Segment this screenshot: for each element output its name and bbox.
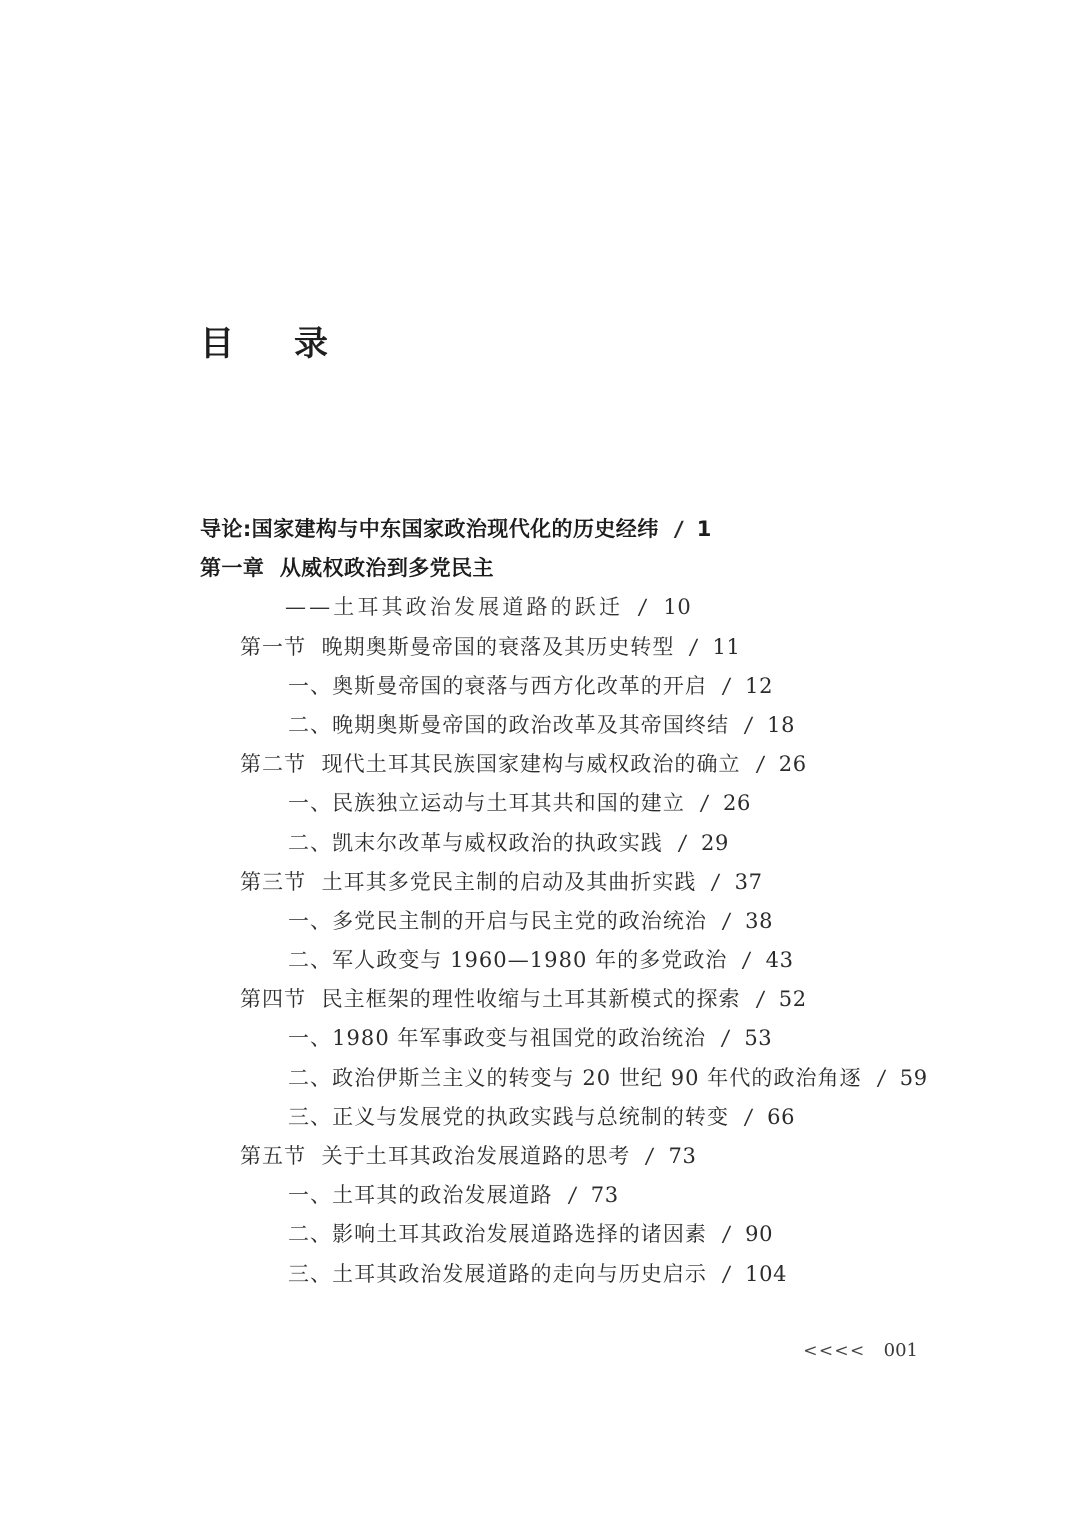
toc-entry-text: 一、民族独立运动与土耳其共和国的建立 — [288, 792, 685, 814]
toc-entry-text: 一、1980 年军事政变与祖国党的政治统治 — [288, 1027, 706, 1049]
toc-separator: / — [721, 1027, 732, 1049]
toc-page-number: 73 — [591, 1184, 619, 1206]
toc-page-number: 90 — [745, 1223, 773, 1245]
toc-separator: / — [721, 1263, 732, 1285]
document-page: 目录 导论:国家建构与中东国家政治现代化的历史经纬 / 1 第一章 从威权政治到… — [0, 0, 1080, 1526]
toc-entry: 一、1980 年军事政变与祖国党的政治统治 / 53 — [288, 1027, 990, 1049]
toc-entry-text: 第二节 现代土耳其民族国家建构与威权政治的确立 — [240, 753, 741, 775]
toc-separator: / — [638, 596, 651, 618]
toc-entry: 二、政治伊斯兰主义的转变与 20 世纪 90 年代的政治角逐 / 59 — [288, 1067, 990, 1089]
footer-page-number: 001 — [884, 1340, 918, 1361]
toc-separator: / — [721, 1223, 732, 1245]
toc-separator: / — [721, 675, 732, 697]
toc-separator: / — [699, 792, 710, 814]
toc-entry-text: 二、晚期奥斯曼帝国的政治改革及其帝国终结 — [288, 714, 729, 736]
toc-entry: 二、晚期奥斯曼帝国的政治改革及其帝国终结 / 18 — [288, 714, 990, 736]
toc-page-number: 66 — [767, 1106, 795, 1128]
toc-entry-text: 第五节 关于土耳其政治发展道路的思考 — [240, 1145, 630, 1167]
toc-page-number: 104 — [745, 1263, 787, 1285]
toc-separator: / — [755, 988, 766, 1010]
toc-entry: 第一章 从威权政治到多党民主 — [200, 557, 990, 579]
toc-separator: / — [677, 832, 688, 854]
toc-entry: 第一节 晚期奥斯曼帝国的衰落及其历史转型 / 11 — [240, 636, 990, 658]
toc-separator: / — [645, 1145, 656, 1167]
toc-entry-text: ——土耳其政治发展道路的跃迁 — [285, 596, 623, 618]
toc-entry: 一、奥斯曼帝国的衰落与西方化改革的开启 / 12 — [288, 675, 990, 697]
toc-entry-text: 第一节 晚期奥斯曼帝国的衰落及其历史转型 — [240, 636, 674, 658]
toc-entry: 第五节 关于土耳其政治发展道路的思考 / 73 — [240, 1145, 990, 1167]
toc-entry: 二、凯末尔改革与威权政治的执政实践 / 29 — [288, 832, 990, 854]
toc-separator: / — [743, 1106, 754, 1128]
toc-entry: ——土耳其政治发展道路的跃迁 / 10 — [285, 596, 990, 618]
toc-page-number: 26 — [779, 753, 807, 775]
footer-marks: <<<< — [803, 1341, 865, 1361]
toc-entry: 第三节 土耳其多党民主制的启动及其曲折实践 / 37 — [240, 871, 990, 893]
toc-page-number: 38 — [745, 910, 773, 932]
toc-separator: / — [711, 871, 722, 893]
toc-entry: 导论:国家建构与中东国家政治现代化的历史经纬 / 1 — [200, 518, 990, 540]
toc-page-number: 73 — [668, 1145, 696, 1167]
toc-entry: 第二节 现代土耳其民族国家建构与威权政治的确立 / 26 — [240, 753, 990, 775]
toc-page-number: 11 — [713, 636, 741, 658]
toc-page-number: 10 — [663, 596, 691, 618]
toc-page-number: 52 — [779, 988, 807, 1010]
toc-separator: / — [743, 714, 754, 736]
page-title: 目录 — [200, 316, 328, 365]
toc-entry: 二、影响土耳其政治发展道路选择的诸因素 / 90 — [288, 1223, 990, 1245]
toc-entry-text: 导论:国家建构与中东国家政治现代化的历史经纬 — [200, 518, 659, 540]
toc-entry: 第四节 民主框架的理性收缩与土耳其新模式的探索 / 52 — [240, 988, 990, 1010]
toc-page-number: 37 — [735, 871, 763, 893]
toc-entry-text: 二、凯末尔改革与威权政治的执政实践 — [288, 832, 663, 854]
toc-entry-text: 三、土耳其政治发展道路的走向与历史启示 — [288, 1263, 707, 1285]
toc-list: 导论:国家建构与中东国家政治现代化的历史经纬 / 1 第一章 从威权政治到多党民… — [200, 518, 990, 1302]
toc-entry-text: 第四节 民主框架的理性收缩与土耳其新模式的探索 — [240, 988, 741, 1010]
toc-page-number: 29 — [701, 832, 729, 854]
toc-page-number: 18 — [767, 714, 795, 736]
page-title-char: 目 — [200, 324, 234, 364]
toc-entry-text: 二、政治伊斯兰主义的转变与 20 世纪 90 年代的政治角逐 — [288, 1067, 862, 1089]
toc-entry: 一、多党民主制的开启与民主党的政治统治 / 38 — [288, 910, 990, 932]
toc-page-number: 12 — [745, 675, 773, 697]
toc-entry-text: 第一章 从威权政治到多党民主 — [200, 557, 494, 579]
toc-entry-text: 一、奥斯曼帝国的衰落与西方化改革的开启 — [288, 675, 707, 697]
toc-separator: / — [689, 636, 700, 658]
toc-entry-text: 二、军人政变与 1960—1980 年的多党政治 — [288, 949, 727, 971]
toc-separator: / — [673, 518, 684, 540]
toc-page-number: 43 — [766, 949, 794, 971]
toc-entry-text: 第三节 土耳其多党民主制的启动及其曲折实践 — [240, 871, 696, 893]
footer: <<<< 001 — [803, 1340, 918, 1361]
toc-entry-text: 一、多党民主制的开启与民主党的政治统治 — [288, 910, 707, 932]
toc-page-number: 59 — [900, 1067, 928, 1089]
page-title-char: 录 — [294, 324, 328, 364]
toc-separator: / — [755, 753, 766, 775]
toc-entry-text: 二、影响土耳其政治发展道路选择的诸因素 — [288, 1223, 707, 1245]
toc-entry-text: 一、土耳其的政治发展道路 — [288, 1184, 553, 1206]
toc-entry: 二、军人政变与 1960—1980 年的多党政治 / 43 — [288, 949, 990, 971]
toc-entry-text: 三、正义与发展党的执政实践与总统制的转变 — [288, 1106, 729, 1128]
toc-page-number: 53 — [744, 1027, 772, 1049]
toc-page-number: 26 — [723, 792, 751, 814]
toc-separator: / — [721, 910, 732, 932]
toc-entry: 一、土耳其的政治发展道路 / 73 — [288, 1184, 990, 1206]
toc-page-number: 1 — [697, 518, 712, 540]
toc-separator: / — [876, 1067, 887, 1089]
toc-entry: 三、土耳其政治发展道路的走向与历史启示 / 104 — [288, 1263, 990, 1285]
toc-separator: / — [742, 949, 753, 971]
toc-entry: 一、民族独立运动与土耳其共和国的建立 / 26 — [288, 792, 990, 814]
toc-separator: / — [567, 1184, 578, 1206]
toc-entry: 三、正义与发展党的执政实践与总统制的转变 / 66 — [288, 1106, 990, 1128]
